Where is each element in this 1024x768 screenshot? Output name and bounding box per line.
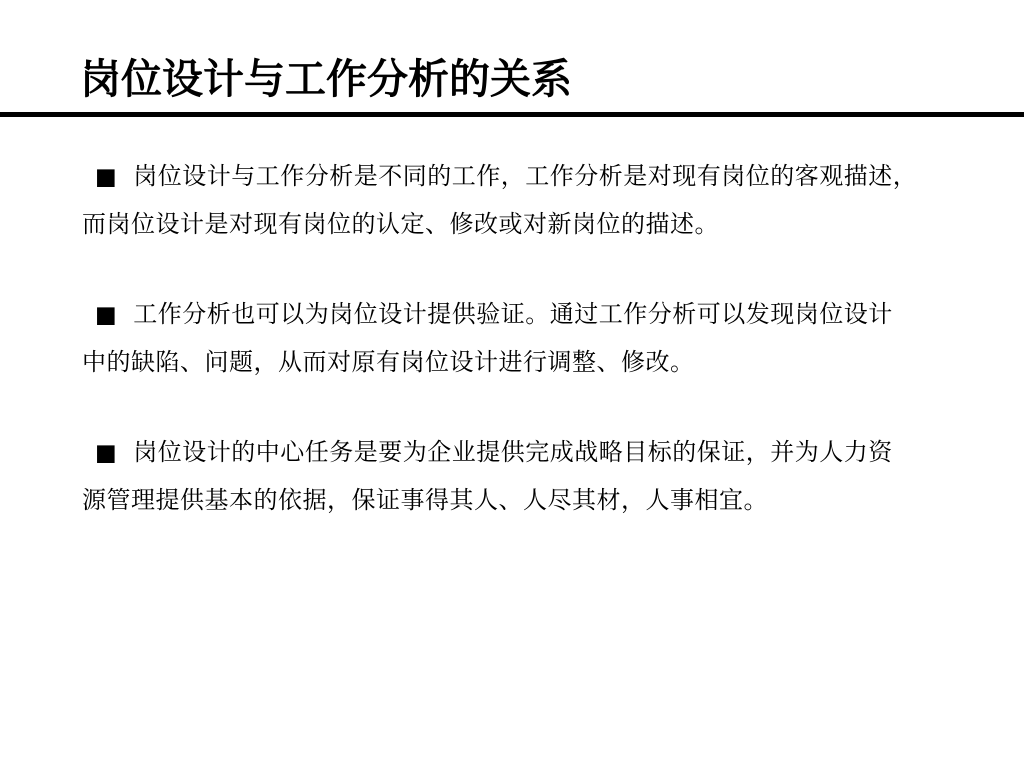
bullet-text-line: 岗位设计与工作分析是不同的工作，工作分析是对现有岗位的客观描述， <box>133 164 917 190</box>
paragraph-line: ■工作分析也可以为岗位设计提供验证。通过工作分析可以发现岗位设计 <box>82 291 972 339</box>
bullet-paragraph-1: ■岗位设计与工作分析是不同的工作，工作分析是对现有岗位的客观描述， 而岗位设计是… <box>82 153 972 249</box>
bullet-text-line: 岗位设计的中心任务是要为企业提供完成战略目标的保证，并为人力资 <box>133 440 893 466</box>
bullet-square-icon: ■ <box>95 302 117 328</box>
slide-title: 岗位设计与工作分析的关系 <box>80 55 572 103</box>
bullet-text-line: 工作分析也可以为岗位设计提供验证。通过工作分析可以发现岗位设计 <box>133 302 893 328</box>
bullet-square-icon: ■ <box>95 440 117 466</box>
bullet-text-line: 而岗位设计是对现有岗位的认定、修改或对新岗位的描述。 <box>82 201 972 249</box>
slide-body: ■岗位设计与工作分析是不同的工作，工作分析是对现有岗位的客观描述， 而岗位设计是… <box>82 153 972 567</box>
bullet-text-line: 中的缺陷、问题，从而对原有岗位设计进行调整、修改。 <box>82 339 972 387</box>
title-divider-rule <box>0 112 1024 117</box>
presentation-slide: 岗位设计与工作分析的关系 ■岗位设计与工作分析是不同的工作，工作分析是对现有岗位… <box>0 0 1024 768</box>
paragraph-line: ■岗位设计的中心任务是要为企业提供完成战略目标的保证，并为人力资 <box>82 429 972 477</box>
bullet-paragraph-2: ■工作分析也可以为岗位设计提供验证。通过工作分析可以发现岗位设计 中的缺陷、问题… <box>82 291 972 387</box>
bullet-text-line: 源管理提供基本的依据，保证事得其人、人尽其材，人事相宜。 <box>82 477 972 525</box>
paragraph-line: ■岗位设计与工作分析是不同的工作，工作分析是对现有岗位的客观描述， <box>82 153 972 201</box>
bullet-paragraph-3: ■岗位设计的中心任务是要为企业提供完成战略目标的保证，并为人力资 源管理提供基本… <box>82 429 972 525</box>
bullet-square-icon: ■ <box>95 164 117 190</box>
